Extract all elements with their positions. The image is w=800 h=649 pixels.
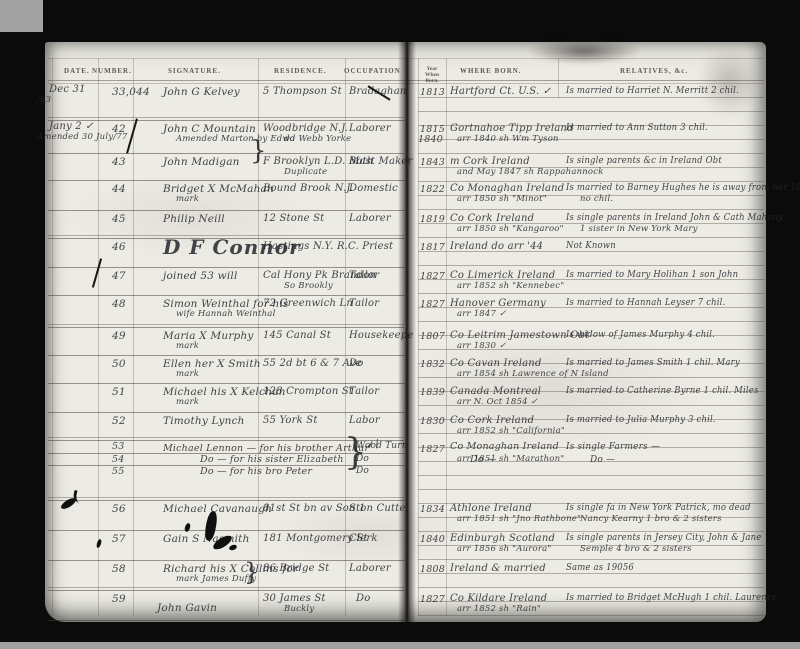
- entry-residence: 55 York St: [263, 415, 318, 426]
- brace-mark: }: [344, 432, 367, 473]
- entry-date-note: /63: [37, 95, 51, 105]
- entry-signature: John Gavin: [157, 602, 217, 614]
- brace-mark: }: [250, 136, 267, 166]
- entry-residence-note: Duplicate: [284, 167, 327, 177]
- entry-number: 33,044: [112, 86, 150, 98]
- entry-signature: Michael Cavanaugh: [163, 503, 272, 515]
- entry-residence: Woodbridge N.J.: [263, 123, 348, 134]
- entry-where-born: Co Cavan Ireland: [450, 358, 542, 369]
- entry-relatives: Is married to Barney Hughes he is away f…: [566, 183, 800, 193]
- entry-residence: 128 Crompton St: [263, 386, 353, 397]
- entry-signature: joined 53 will: [163, 270, 238, 282]
- column-header-occupation: OCCUPATION: [344, 67, 401, 75]
- entry-year-born: 1827: [420, 594, 445, 605]
- entry-arrival-note: arr 1840 sh Wm Tyson: [457, 134, 559, 144]
- column-header-relatives: RELATIVES, &c.: [620, 67, 688, 75]
- entry-number: 43: [112, 156, 126, 168]
- entry-relatives: Is married to Mary Holihan 1 son John: [566, 270, 738, 280]
- entry-residence: 145 Canal St: [263, 330, 331, 341]
- entry-occupation: Tailor: [349, 386, 379, 397]
- entry-year-born: 1827: [420, 299, 445, 310]
- entry-signature-note: mark: [176, 194, 199, 204]
- entry-arrival-note: and May 1847 sh Rappahannock: [457, 167, 604, 177]
- entry-where-born: Do —: [470, 454, 497, 465]
- entry-residence: 55 2d bt 6 & 7 Ave: [263, 358, 362, 369]
- entry-year-born: 1843: [420, 157, 445, 168]
- brace-mark: }: [244, 558, 259, 586]
- entry-relatives: Is married to Bridget McHugh 1 chil. Lau…: [566, 593, 777, 603]
- entry-where-born: Ireland & married: [450, 563, 546, 574]
- entry-number: 58: [112, 563, 126, 575]
- entry-relatives: Same as 19056: [566, 563, 634, 573]
- entry-relatives-note: Semple 4 bro & 2 sisters: [580, 544, 692, 554]
- paper-stain: [698, 44, 762, 118]
- entry-year-born: 1822: [420, 184, 445, 195]
- entry-residence: 86 Bridge St: [263, 563, 329, 574]
- entry-number: 46: [112, 241, 126, 253]
- entry-residence: 30 James St: [263, 593, 326, 604]
- entry-year-born: 1827: [420, 271, 445, 282]
- entry-relatives: Is married to Ann Sutton 3 chil.: [566, 123, 708, 133]
- entry-signature: John Madigan: [163, 156, 240, 168]
- year-header-line2: When Born.: [419, 72, 445, 84]
- entry-signature: Do — for his bro Peter: [200, 466, 312, 477]
- entry-arrival-note: arr 1850 sh "Kangaroo": [457, 224, 564, 234]
- entry-arrival-note: arr 1847 ✓: [457, 309, 506, 319]
- entry-where-born: Co Monaghan Ireland: [450, 441, 559, 452]
- entry-arrival-note: arr 1830 ✓: [457, 341, 506, 351]
- entry-signature-note: wife Hannah Weinthal: [176, 309, 276, 319]
- entry-where-born: Co Limerick Ireland: [450, 270, 555, 281]
- entry-year-note: 1840: [418, 134, 443, 145]
- entry-relatives: Is married to Julia Murphy 3 chil.: [566, 415, 716, 425]
- entry-year-born: 1830: [420, 416, 445, 427]
- entry-occupation: Labor: [349, 415, 380, 426]
- entry-relatives: Not Known: [566, 241, 616, 251]
- pen-check-mark: ✓/: [365, 437, 380, 452]
- entry-residence-note: So Brookly: [284, 281, 333, 291]
- column-header-residence: RESIDENCE.: [274, 67, 327, 75]
- entry-arrival-note: arr 1852 sh "California": [457, 426, 565, 436]
- column-header-where-born: WHERE BORN.: [460, 67, 522, 75]
- entry-signature: Philip Neill: [163, 213, 225, 225]
- entry-occupation: Do: [349, 358, 363, 369]
- entry-relatives: Is single parents in Ireland John & Cath…: [566, 213, 783, 223]
- entry-residence-note: Buckly: [284, 604, 314, 614]
- entry-year-born: 1817: [420, 242, 445, 253]
- entry-number: 49: [112, 330, 126, 342]
- entry-occupation: Laborer: [349, 123, 391, 134]
- entry-relatives: Do —: [590, 454, 615, 465]
- entry-occupation: Do: [356, 593, 370, 604]
- entry-where-born: Hartford Ct. U.S. ✓: [450, 86, 551, 97]
- entry-where-born: Co Monaghan Ireland: [450, 183, 564, 194]
- entry-relatives: Is widow of James Murphy 4 chil.: [566, 330, 715, 340]
- entry-number: 44: [112, 183, 126, 195]
- entry-number: 54: [112, 454, 125, 465]
- entry-arrival-note: arr 1852 sh "Rain": [457, 604, 541, 614]
- entry-number: 57: [112, 533, 126, 545]
- entry-occupation: Tailor: [349, 298, 379, 309]
- entry-number: 55: [112, 466, 125, 477]
- column-header-year-born: Year When Born.: [419, 66, 445, 84]
- entry-where-born: Canada Montreal: [450, 386, 541, 397]
- scan-corner-background: [0, 0, 43, 32]
- book-gutter: [398, 42, 416, 622]
- entry-where-born: Co Kildare Ireland: [450, 593, 547, 604]
- entry-number: 53: [112, 441, 125, 452]
- entry-relatives: Is single Farmers —: [566, 441, 660, 452]
- entry-arrival-note: arr 1852 sh "Kennebec": [457, 281, 564, 291]
- entry-year-born: 1807: [420, 331, 445, 342]
- entry-number: 47: [112, 270, 126, 282]
- entry-number: 59: [112, 593, 126, 605]
- entry-date: Jany 2 ✓: [49, 121, 94, 132]
- entry-arrival-note: arr 1851 sh "Jno Rathbone": [457, 514, 581, 524]
- entry-number: 51: [112, 386, 126, 398]
- entry-where-born: Ireland do arr '44: [450, 241, 543, 252]
- entry-where-born: Gortnahoe Tipp Ireland: [450, 123, 574, 134]
- entry-signature: John G Kelvey: [163, 86, 240, 98]
- entry-date: Dec 31: [49, 84, 86, 95]
- entry-year-born: 1808: [420, 564, 445, 575]
- entry-where-born: Hanover Germany: [450, 298, 546, 309]
- column-header-number: NUMBER.: [92, 67, 132, 75]
- entry-relatives: Is married to Catherine Byrne 1 chil. Mi…: [566, 386, 759, 396]
- entry-relatives: Is married to Hannah Leyser 7 chil.: [566, 298, 725, 308]
- entry-signature-note: mark: [176, 369, 199, 379]
- entry-year-born: 1839: [420, 387, 445, 398]
- entry-arrival-note: arr 1856 sh "Aurora": [457, 544, 552, 554]
- entry-number: 45: [112, 213, 126, 225]
- entry-relatives: Is single parents in Jersey City, John &…: [566, 533, 761, 543]
- entry-residence: 12 Stone St: [263, 213, 324, 224]
- entry-year-born: 1832: [420, 359, 445, 370]
- entry-year-born: 1813: [420, 87, 445, 98]
- entry-number: 50: [112, 358, 126, 370]
- entry-signature: Timothy Lynch: [163, 415, 245, 427]
- entry-relatives-note: 1 sister in New York Mary: [580, 224, 698, 234]
- column-header-date: DATE.: [64, 67, 90, 75]
- entry-occupation: Clerk: [349, 533, 378, 544]
- entry-relatives: Is single fa in New York Patrick, mo dea…: [566, 503, 751, 513]
- entry-arrival-note: arr N. Oct 1854 ✓: [457, 397, 538, 407]
- entry-where-born: Edinburgh Scotland: [450, 533, 555, 544]
- entry-residence: 72 Greenwich Ln: [263, 298, 353, 309]
- entry-signature-note: mark: [176, 397, 199, 407]
- entry-occupation: Tailor: [349, 270, 379, 281]
- entry-signature: Michael Lennon — for his brother Arthur: [163, 443, 369, 454]
- entry-occupation: Domestic: [349, 183, 398, 194]
- entry-arrival-note: arr 1854 sh Lawrence of N Island: [457, 369, 609, 379]
- entry-year-born: 1819: [420, 214, 445, 225]
- entry-residence: Bound Brook N.J.: [263, 183, 353, 194]
- entry-relatives-note: Nancy Kearny 1 bro & 2 sisters: [580, 514, 722, 524]
- entry-where-born: m Cork Ireland: [450, 156, 530, 167]
- entry-number: 56: [112, 503, 126, 515]
- column-header-signature: SIGNATURE.: [168, 67, 221, 75]
- scanned-ledger-image: DATE. NUMBER. SIGNATURE. RESIDENCE. OCCU…: [0, 0, 800, 649]
- entry-relatives: Is single parents &c in Ireland Obt: [566, 156, 722, 166]
- entry-number: 52: [112, 415, 126, 427]
- entry-where-born: Co Cork Ireland: [450, 213, 534, 224]
- entry-relatives: Is married to James Smith 1 chil. Mary: [566, 358, 740, 368]
- entry-residence: Hastings N.Y. R.C. Priest: [263, 241, 393, 252]
- entry-where-born: Athlone Ireland: [450, 503, 532, 514]
- ink-smudge: [526, 38, 642, 64]
- entry-occupation: Laborer: [349, 563, 391, 574]
- entry-occupation: Laborer: [349, 213, 391, 224]
- entry-number: 48: [112, 298, 126, 310]
- entry-signature: Do — for his sister Elizabeth: [200, 454, 344, 465]
- entry-arrival-note: arr 1850 sh "Minot": [457, 194, 547, 204]
- entry-residence: 5 Thompson St: [263, 86, 342, 97]
- entry-year-born: 1834: [420, 504, 445, 515]
- entry-number: 42: [112, 123, 126, 135]
- entry-year-born: 1840: [420, 534, 445, 545]
- entry-where-born: Co Cork Ireland: [450, 415, 534, 426]
- entry-signature-note: mark: [176, 341, 199, 351]
- entry-relatives-note: no chil.: [580, 194, 613, 204]
- entry-residence-note: do: [284, 134, 295, 144]
